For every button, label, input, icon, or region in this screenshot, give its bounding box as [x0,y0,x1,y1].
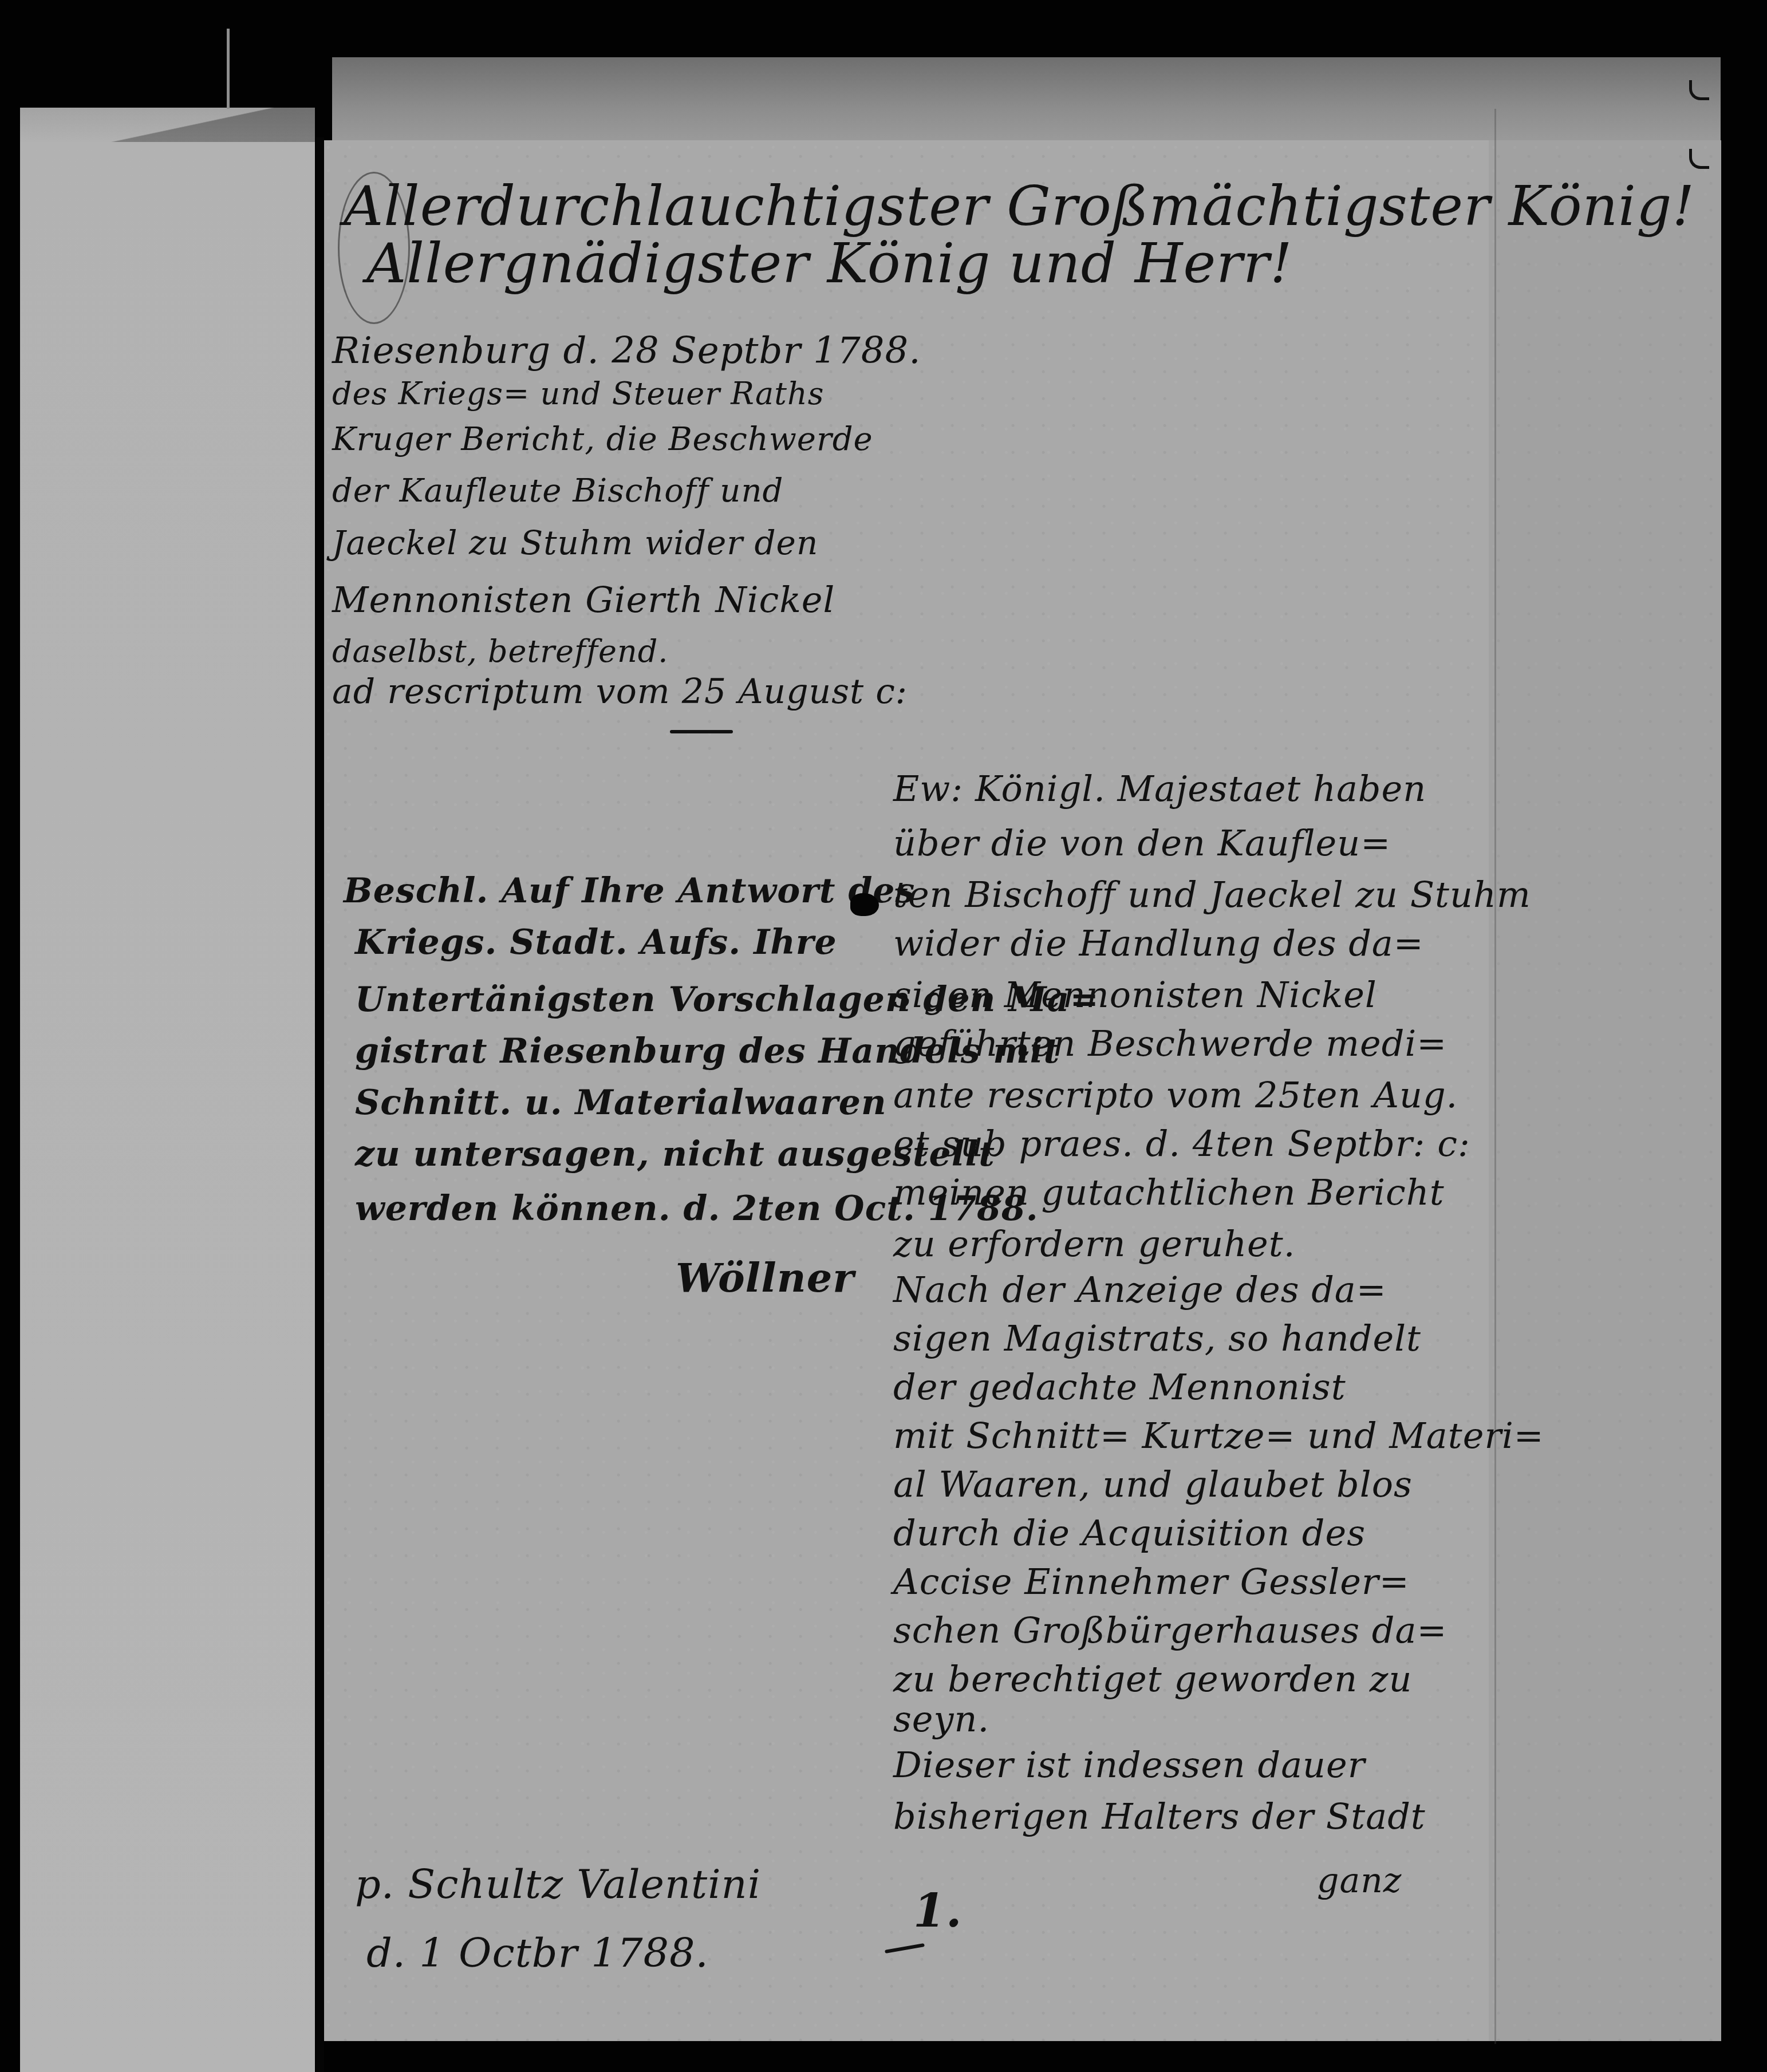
left-heading-line: ad rescriptum vom 25 August c: [332,664,908,719]
body-line: bisherigen Halters der Stadt [893,1789,1426,1845]
left-heading-line: der Kaufleute Bischoff und [332,464,783,519]
body-line: über die von den Kaufleu= [893,816,1391,871]
page-fold-line [1494,109,1496,2044]
footer-date: d. 1 Octbr 1788. [366,1929,709,1976]
body-line: geführten Beschwerde medi= [893,1016,1447,1072]
body-line: sigen Magistrats, so handelt [893,1311,1421,1367]
strip-corner-fold [20,108,315,142]
body-line: et sub praes. d. 4ten Septbr: c: [893,1116,1470,1172]
body-line: Ew: Königl. Majestaet haben [893,761,1426,817]
body-line: Nach der Anzeige des da= [893,1262,1387,1318]
body-line: Accise Einnehmer Gessler= [893,1554,1410,1610]
left-heading-line: Jaeckel zu Stuhm wider den [332,515,818,570]
left-heading-line: Kruger Bericht, die Beschwerde [332,412,873,467]
binding-gutter [316,137,324,2072]
margin-signature: Wöllner [676,1254,854,1301]
paper-top-band [332,57,1721,143]
body-line: meinen gutachtlichen Bericht [893,1165,1445,1221]
page-right-edge-shadow [1489,140,1721,2041]
body-line: durch die Acquisition des [893,1506,1366,1561]
left-heading-line: Mennonisten Gierth Nickel [332,573,835,627]
salutation-line-2: Allergnädigster König und Herr! [366,229,1293,298]
body-line: al Waaren, und glaubet blos [893,1457,1413,1513]
body-line: ante rescripto vom 25ten Aug. [893,1068,1458,1123]
body-line: Dieser ist indessen dauer [893,1738,1365,1793]
body-line: schen Großbürgerhauses da= [893,1603,1447,1659]
margin-resolution-line: Kriegs. Stadt. Aufs. Ihre [355,910,837,974]
body-line: sigen Mennonisten Nickel [893,968,1377,1023]
body-line: wider die Handlung des da= [893,916,1424,972]
ink-blot [850,893,879,916]
body-line: der gedachte Mennonist [893,1360,1346,1415]
catchword: ganz [1317,1861,1402,1901]
heading-underline [670,730,733,733]
binding-pin [227,29,230,109]
footer-signature: p. Schultz Valentini [355,1861,761,1908]
body-line: ten Bischoff und Jaeckel zu Stuhm [893,867,1531,923]
page-number: 1. [913,1884,963,1937]
folded-paper-strip [20,108,315,2072]
body-line: mit Schnitt= Kurtze= und Materi= [893,1408,1544,1464]
